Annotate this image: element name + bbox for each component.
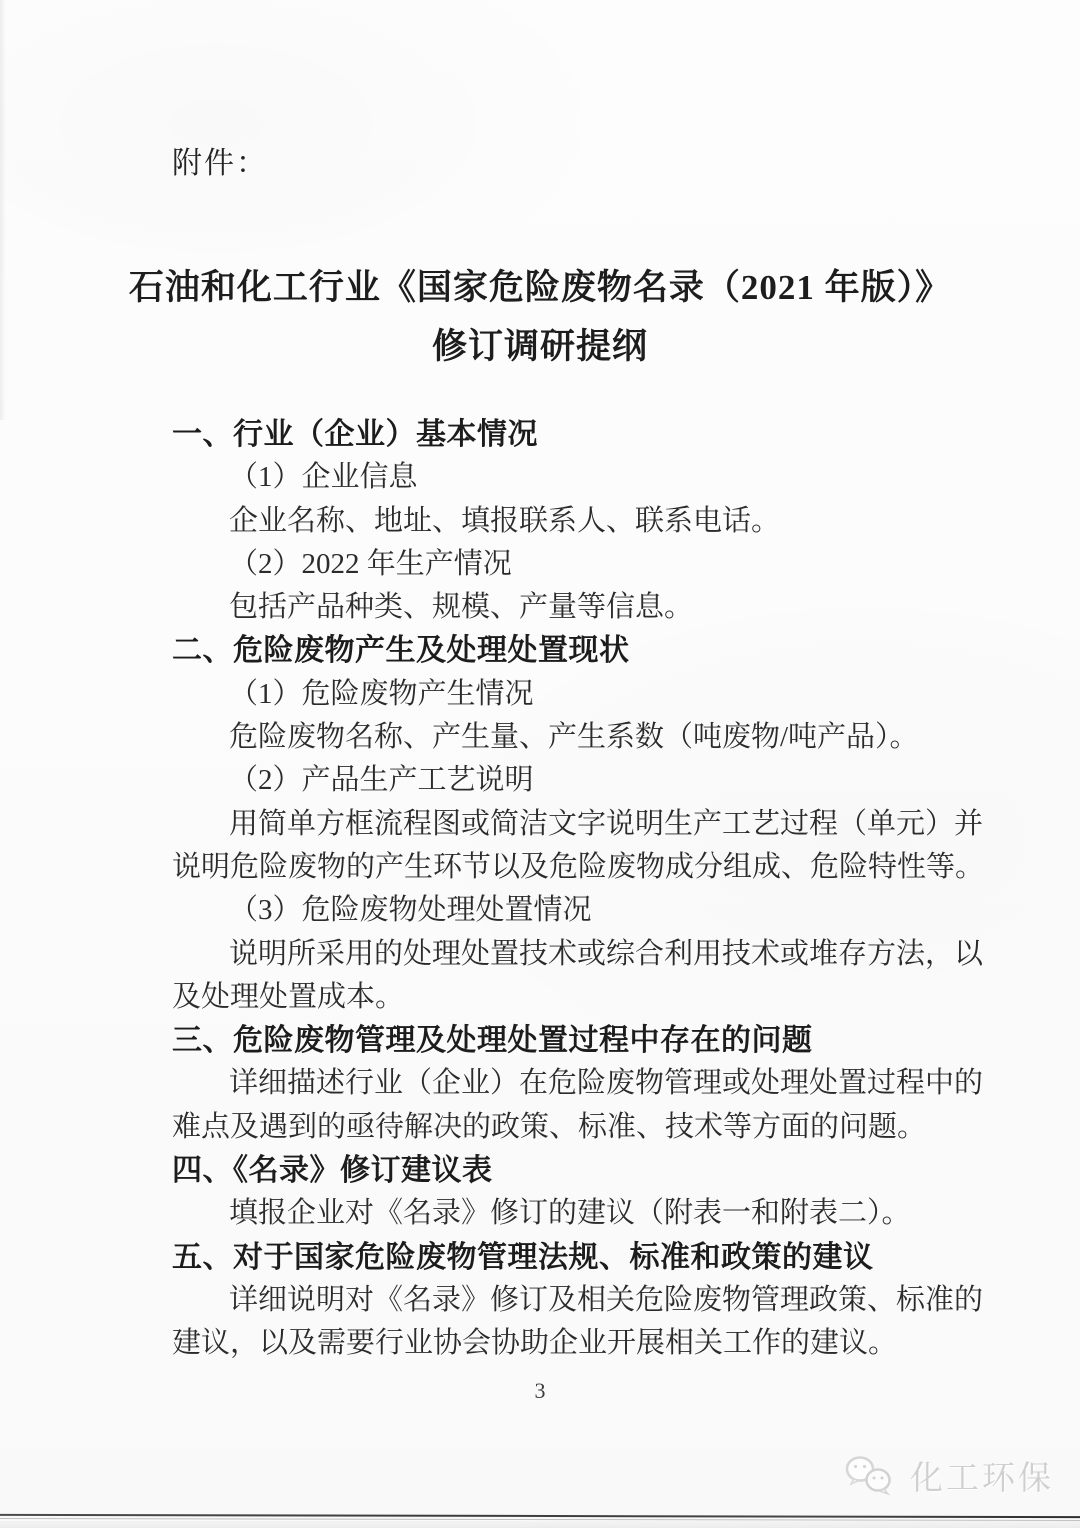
publisher-watermark: 化工环保 [844,1452,1054,1499]
document-body: 一、行业（企业）基本情况 （1）企业信息 企业名称、地址、填报联系人、联系电话。… [172,413,1032,1366]
section-heading-3: 三、危险废物管理及处理处置过程中存在的问题 [172,1019,1032,1062]
paragraph-line: 企业名称、地址、填报联系人、联系电话。 [172,500,1032,543]
paragraph-line: 详细说明对《名录》修订及相关危险废物管理政策、标准的 [172,1279,1032,1322]
paragraph-line: 详细描述行业（企业）在危险废物管理或处理处置过程中的 [172,1062,1032,1105]
scan-bottom-strip [0,1521,1080,1528]
paragraph-line: 危险废物名称、产生量、产生系数（吨废物/吨产品）。 [172,716,1032,759]
wechat-logo-icon [844,1453,900,1499]
paragraph-line: 说明危险废物的产生环节以及危险废物成分组成、危险特性等。 [172,846,1032,889]
section-heading-4: 四、《名录》修订建议表 [172,1149,1032,1192]
watermark-text: 化工环保 [910,1452,1054,1499]
paragraph-line: 填报企业对《名录》修订的建议（附表一和附表二）。 [172,1192,1032,1235]
document-page: 附件： 石油和化工行业《国家危险废物名录（2021 年版）》 修订调研提纲 一、… [0,0,1080,1528]
paragraph-line: 用简单方框流程图或简洁文字说明生产工艺过程（单元）并 [172,803,1032,846]
sub-item: （3）危险废物处理处置情况 [172,889,1032,932]
section-heading-1: 一、行业（企业）基本情况 [172,413,1032,456]
section-heading-5: 五、对于国家危险废物管理法规、标准和政策的建议 [172,1236,1032,1279]
section-heading-2: 二、危险废物产生及处理处置现状 [172,629,1032,672]
document-title-line2: 修订调研提纲 [0,317,1080,376]
attachment-label: 附件： [172,138,268,182]
document-title: 石油和化工行业《国家危险废物名录（2021 年版）》 修订调研提纲 [0,258,1080,376]
sub-item: （1）危险废物产生情况 [172,673,1032,716]
sub-item: （1）企业信息 [172,456,1032,499]
page-number: 3 [0,1378,1080,1404]
paragraph-line: 包括产品种类、规模、产量等信息。 [172,586,1032,629]
sub-item: （2）2022 年生产情况 [172,543,1032,586]
paragraph-line: 及处理处置成本。 [172,976,1032,1019]
paragraph-line: 难点及遇到的亟待解决的政策、标准、技术等方面的问题。 [172,1106,1032,1149]
paragraph-line: 说明所采用的处理处置技术或综合利用技术或堆存方法，以 [172,933,1032,976]
document-title-line1: 石油和化工行业《国家危险废物名录（2021 年版）》 [0,258,1080,317]
sub-item: （2）产品生产工艺说明 [172,759,1032,802]
paragraph-line: 建议，以及需要行业协会协助企业开展相关工作的建议。 [172,1322,1032,1365]
